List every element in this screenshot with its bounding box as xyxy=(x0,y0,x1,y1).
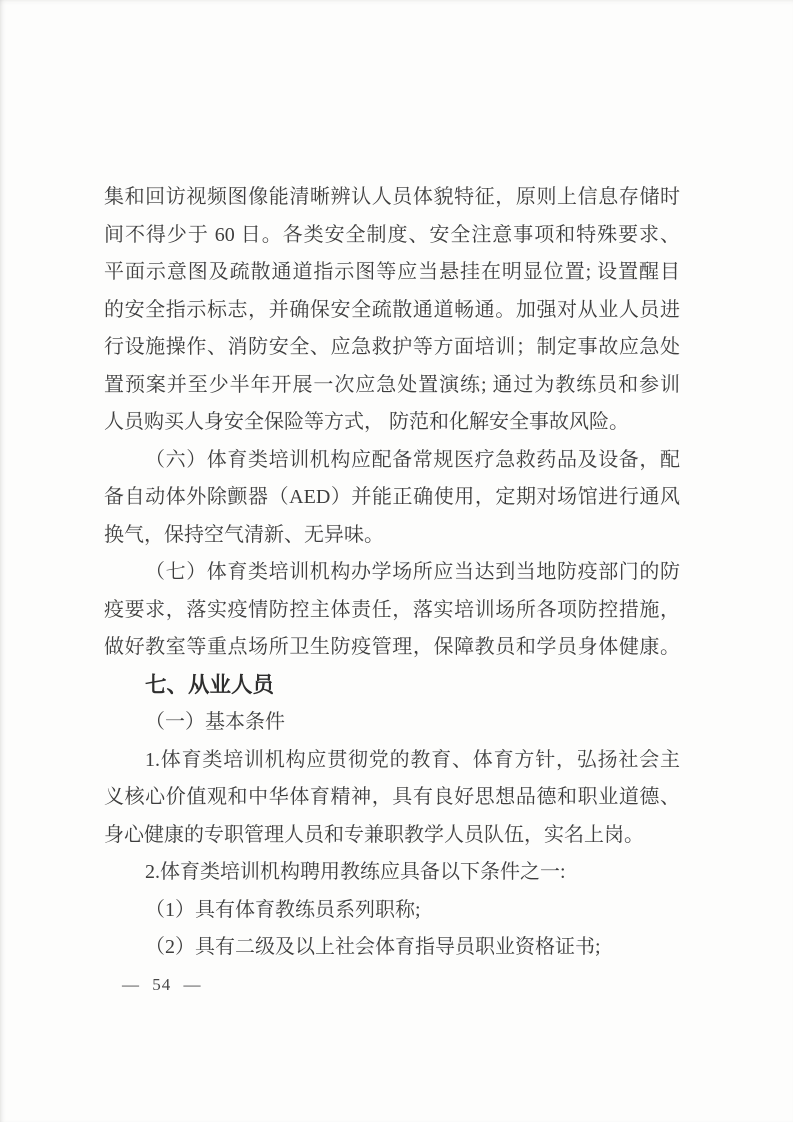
text-line: 人员购买人身安全保险等方式， 防范和化解安全事故风险。 xyxy=(104,404,680,442)
text-line: 做好教室等重点场所卫生防疫管理，保障教员和学员身体健康。 xyxy=(104,629,680,667)
text-line: 置预案并至少半年开展一次应急处置演练; 通过为教练员和参训 xyxy=(104,367,680,405)
text-line: 平面示意图及疏散通道指示图等应当悬挂在明显位置; 设置醒目 xyxy=(104,254,680,292)
text-line: 的安全指示标志，并确保安全疏散通道畅通。加强对从业人员进 xyxy=(104,292,680,330)
text-line: 间不得少于 60 日。各类安全制度、安全注意事项和特殊要求、 xyxy=(104,217,680,255)
text-line: 集和回访视频图像能清晰辨认人员体貌特征，原则上信息存储时 xyxy=(104,179,680,217)
text-line: 2.体育类培训机构聘用教练应具备以下条件之一: xyxy=(104,854,680,892)
text-line: 身心健康的专职管理人员和专兼职教学人员队伍，实名上岗。 xyxy=(104,817,680,855)
text-block: 集和回访视频图像能清晰辨认人员体貌特征，原则上信息存储时 间不得少于 60 日。… xyxy=(104,179,680,967)
text-line: 义核心价值观和中华体育精神，具有良好思想品德和职业道德、 xyxy=(104,779,680,817)
text-line: 疫要求，落实疫情防控主体责任，落实培训场所各项防控措施， xyxy=(104,592,680,630)
text-line: 备自动体外除颤器（AED）并能正确使用，定期对场馆进行通风 xyxy=(104,479,680,517)
text-line: 行设施操作、消防安全、应急救护等方面培训；制定事故应急处 xyxy=(104,329,680,367)
text-line: （七）体育类培训机构办学场所应当达到当地防疫部门的防 xyxy=(104,554,680,592)
text-line: （2）具有二级及以上社会体育指导员职业资格证书; xyxy=(104,929,680,967)
text-line: 1.体育类培训机构应贯彻党的教育、体育方针，弘扬社会主 xyxy=(104,742,680,780)
section-heading: 七、从业人员 xyxy=(104,667,680,705)
subsection-heading: （一）基本条件 xyxy=(104,704,680,742)
page-number: — 54 — xyxy=(122,975,202,995)
text-line: （1）具有体育教练员系列职称; xyxy=(104,892,680,930)
document-page: 集和回访视频图像能清晰辨认人员体貌特征，原则上信息存储时 间不得少于 60 日。… xyxy=(0,0,793,1122)
text-line: （六）体育类培训机构应配备常规医疗急救药品及设备，配 xyxy=(104,442,680,480)
text-line: 换气，保持空气清新、无异味。 xyxy=(104,517,680,555)
